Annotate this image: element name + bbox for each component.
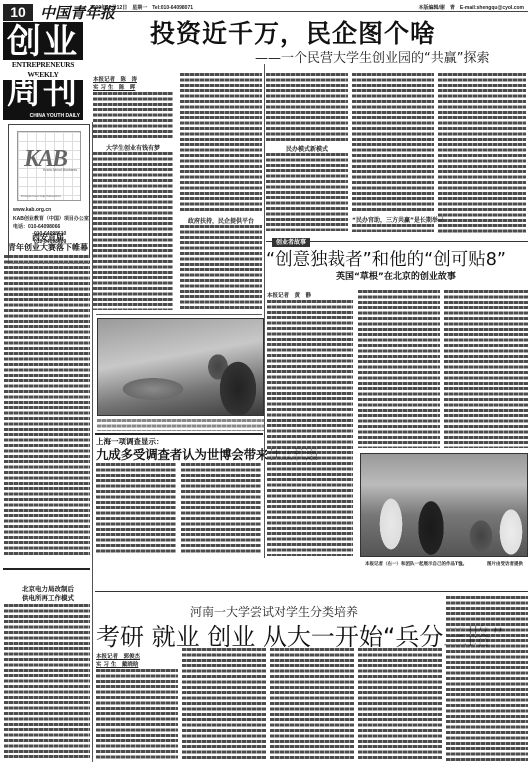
lead-text-col4a <box>352 73 434 211</box>
feature-divider <box>264 64 265 558</box>
kab-website[interactable]: www.kab.org.cn <box>13 207 51 213</box>
editor-line: 本版编辑/谢 青 E-mail:shengqu@cyol.com <box>419 4 524 11</box>
top-rule <box>88 11 528 12</box>
survey-text-col2 <box>181 463 261 555</box>
feature-text-col1 <box>267 300 353 556</box>
survey-text-col1 <box>96 463 176 555</box>
lead-text-col3a <box>266 73 348 141</box>
lead-byline-2: 实 习 生 陈 晖 <box>93 83 135 91</box>
section-masthead: 创业 ENTREPRENEURS WEEKLY 周刊 <box>3 22 83 117</box>
sidebar-story-2-text <box>4 604 90 760</box>
lead-text-col4b <box>352 224 434 232</box>
section-title-top: 创业 <box>3 24 83 60</box>
bottom-headline: 考研 就业 创业 从大一开始“兵分三路” <box>96 617 504 652</box>
bottom-text-col1 <box>96 669 178 761</box>
lead-headline: 投资近千万，民企图个啥 <box>150 14 436 50</box>
survey-top-rule <box>95 433 263 435</box>
feature-headline: “创意独裁者”和他的“创可贴8” <box>266 246 506 271</box>
kab-logo: KAB Know About Business Entrepreneurship… <box>17 131 81 201</box>
bottom-text-col5 <box>446 596 528 761</box>
bottom-text-col3 <box>270 648 354 761</box>
lead-crosshead-4: “民办官助，三方共赢”是长期举措 <box>352 215 434 224</box>
lead-crosshead-3: 民办模式新模式 <box>266 144 348 153</box>
sidebar-story-1-text <box>4 255 90 555</box>
kab-contact: KAB创业教育（中国）项目办公室 <box>13 215 89 222</box>
lead-text-col1a <box>93 92 173 140</box>
feature-text-col2 <box>358 290 440 448</box>
feature-text-col3 <box>444 290 528 448</box>
team-photo <box>360 453 528 557</box>
kab-phone-row-1: 电话：010-64098066 <box>13 223 60 230</box>
kab-logo-subtext: Know About Business <box>43 168 77 173</box>
kab-phone-label: 电话： <box>13 224 28 230</box>
feature-subheadline: 英国“草根”在北京的创业故事 <box>336 269 456 282</box>
lead-byline-1: 本报记者 陈 涛 <box>93 75 137 83</box>
exhibition-photo <box>97 318 264 416</box>
photo2-credit: 图片由受访者提供 <box>487 561 523 567</box>
kab-phone-1: 010-64098066 <box>28 224 60 230</box>
lead-crosshead-2: 政府扶持，民企提供平台 <box>180 216 262 225</box>
lead-text-col1b <box>93 152 173 310</box>
publisher-bar: CHINA YOUTH DAILY <box>3 113 83 120</box>
lead-text-col5 <box>438 73 526 233</box>
dateline: 2009年10月12日 星期一 Tel:010-64098071 <box>90 4 193 11</box>
bottom-text-col2 <box>182 648 266 761</box>
sidebar-story-2-headline-1: 北京电力局改制后 <box>4 584 92 593</box>
photo1-caption-block <box>97 419 264 431</box>
bottom-top-rule <box>95 591 528 592</box>
bottom-text-col4 <box>358 648 442 761</box>
sidebar-story-2-headline-2: 供电所再工作模式 <box>4 593 92 602</box>
sidebar-story-1-headline-2: 青年创业大赛落下帷幕 <box>4 242 92 253</box>
photo1-top-rule <box>96 314 262 315</box>
sidebar-divider <box>92 122 93 762</box>
section-title-bottom: 周刊 <box>3 74 83 110</box>
feature-byline: 本报记者 黄 静 <box>267 291 311 299</box>
lead-subheadline: ——一个民营大学生创业园的“共赢”探索 <box>255 47 489 66</box>
sidebar-rule <box>3 568 90 570</box>
bottom-byline-2: 实 习 生 戴晓晗 <box>96 660 138 668</box>
page-number: 10 <box>3 4 33 21</box>
lead-text-col3b <box>266 153 348 231</box>
photo2-caption: 本报记者（右一）和团队一起展示自己的作品T恤。 <box>365 561 467 567</box>
bottom-byline-1: 本报记者 郭俊杰 <box>96 652 140 660</box>
kab-logo-tagline: Entrepreneurship Education <box>21 194 61 198</box>
lead-crosshead-1: 大学生创业有钱有梦 <box>93 143 173 152</box>
lead-text-col2b <box>180 225 262 310</box>
lead-text-col2a <box>180 73 262 213</box>
